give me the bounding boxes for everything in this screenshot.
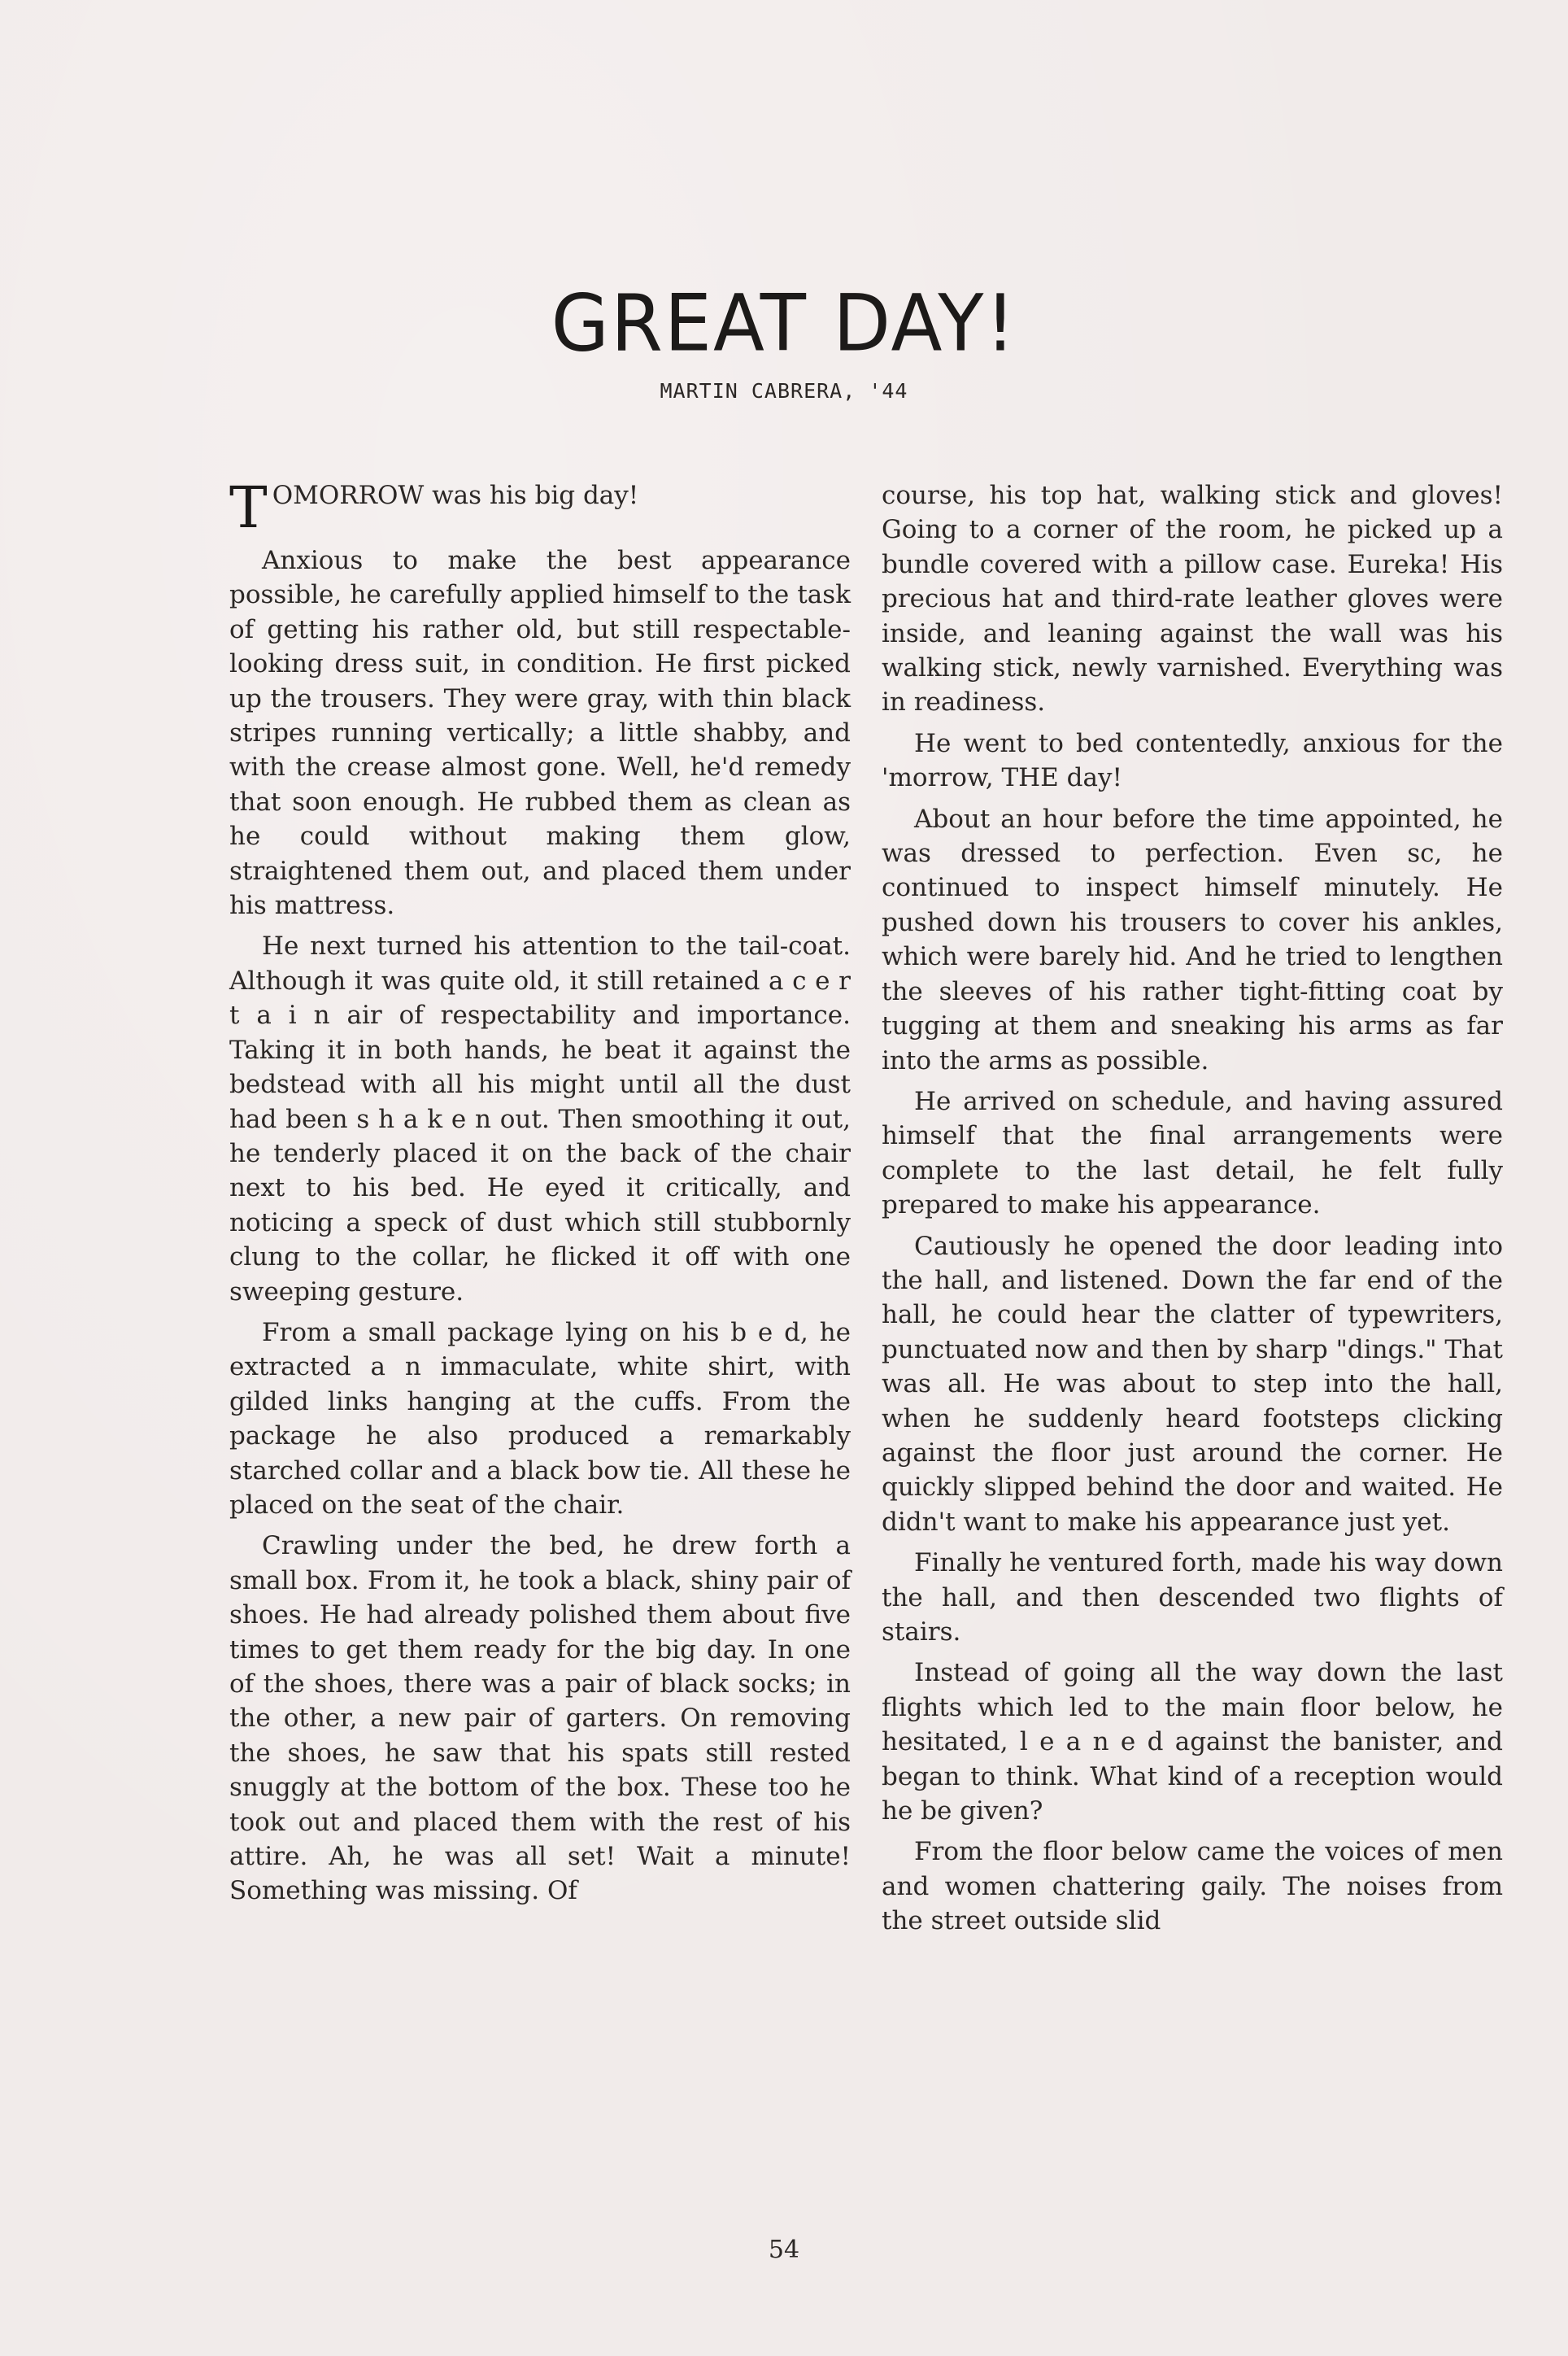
paragraph: He went to bed contentedly, anxious for …	[882, 726, 1503, 796]
left-column: TOMORROW was his big day! Anxious to mak…	[229, 478, 851, 1915]
page: GREAT DAY! MARTIN CABRERA, '44 TOMORROW …	[0, 0, 1568, 2356]
paragraph: Cautiously he opened the door leading in…	[882, 1229, 1503, 1540]
paragraph: He arrived on schedule, and having assur…	[882, 1084, 1503, 1223]
paragraph-continued: course, his top hat, walking stick and g…	[882, 478, 1503, 720]
page-number: 54	[0, 2236, 1568, 2264]
opening-paragraph: TOMORROW was his big day!	[229, 478, 851, 513]
paragraph: From a small package lying on his b e d,…	[229, 1315, 851, 1522]
opening-line: OMORROW was his big day!	[272, 481, 639, 510]
paragraph: About an hour before the time appointed,…	[882, 802, 1503, 1078]
article-byline: MARTIN CABRERA, '44	[0, 379, 1568, 403]
paragraph: From the floor below came the voices of …	[882, 1835, 1503, 1938]
paragraph: He next turned his attention to the tail…	[229, 929, 851, 1308]
article-title: GREAT DAY!	[0, 285, 1568, 364]
right-column: course, his top hat, walking stick and g…	[882, 478, 1503, 1945]
paragraph: Finally he ventured forth, made his way …	[882, 1546, 1503, 1649]
paragraph: Crawling under the bed, he drew forth a …	[229, 1529, 851, 1908]
paragraph: Anxious to make the best appearance poss…	[229, 543, 851, 923]
paragraph: Instead of going all the way down the la…	[882, 1656, 1503, 1828]
drop-cap: T	[229, 483, 268, 532]
